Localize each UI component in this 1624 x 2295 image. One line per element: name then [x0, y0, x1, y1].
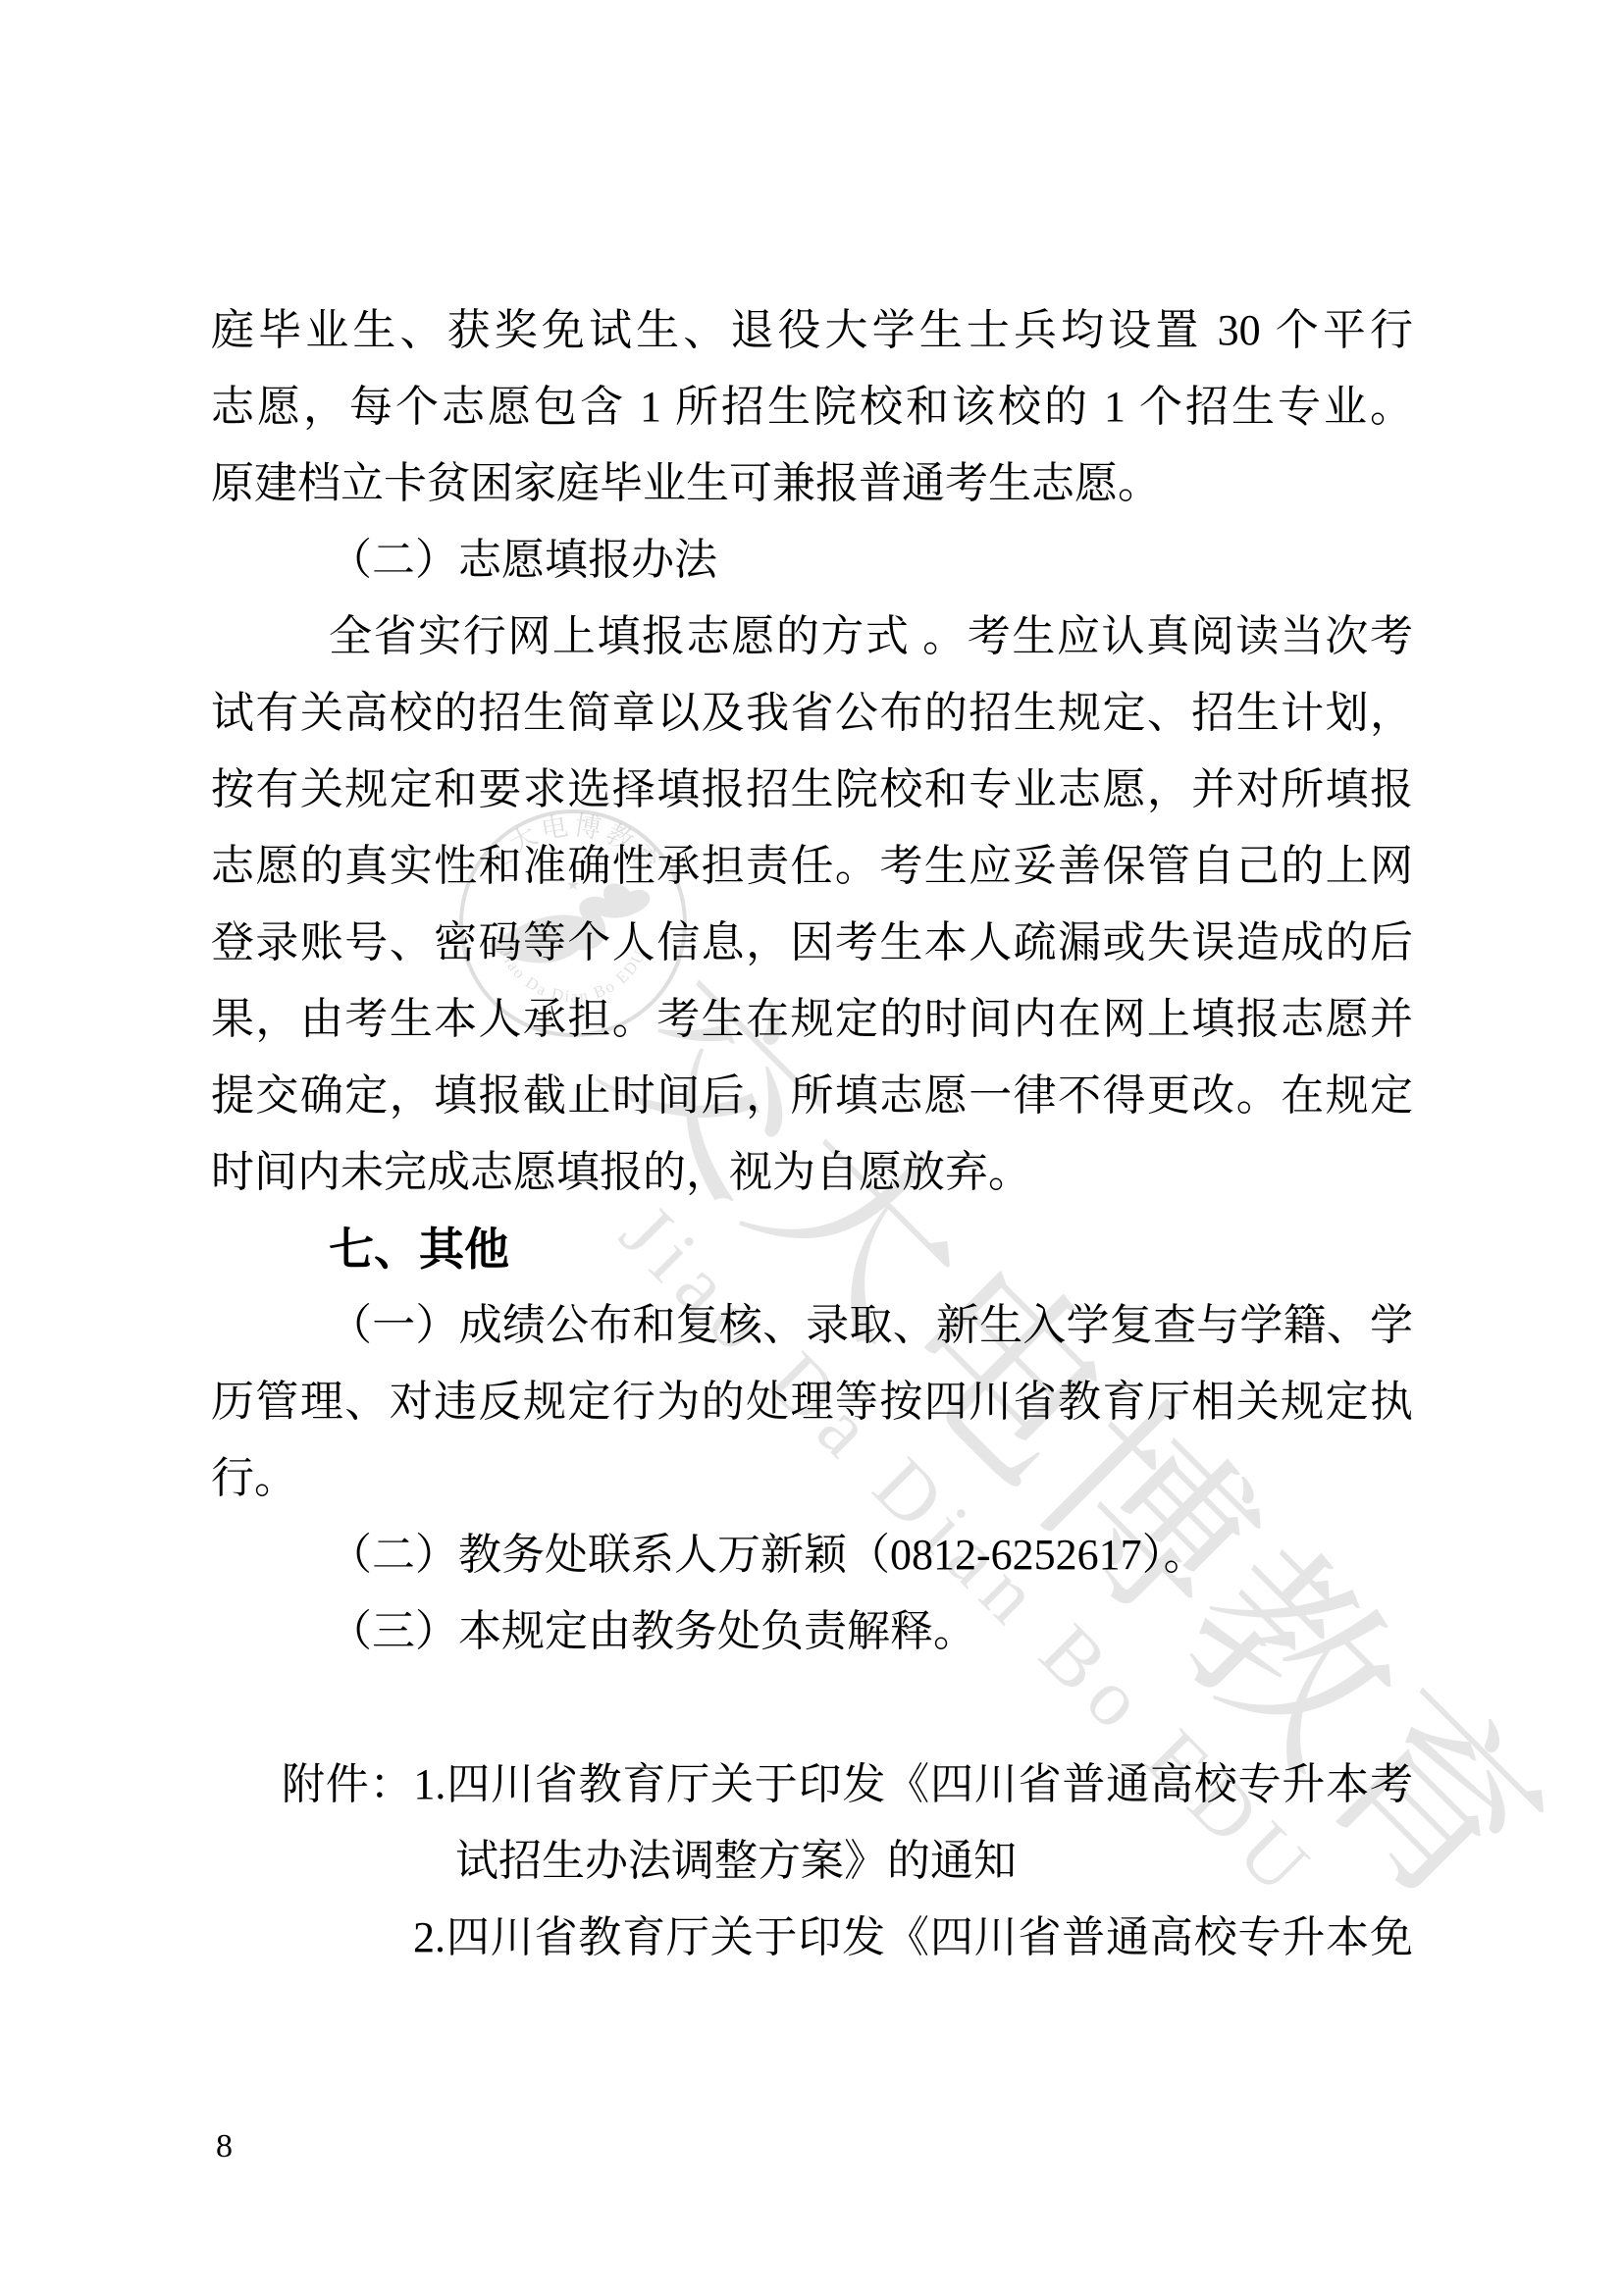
page-number: 8	[216, 2127, 233, 2166]
section-heading: 七、其他	[211, 1211, 1413, 1287]
document-body: 庭毕业生、获奖免试生、退役大学生士兵均设置 30 个平行 志愿，每个志愿包含 1…	[211, 292, 1413, 1976]
text-line: （一）成绩公布和复核、录取、新生入学复查与学籍、学	[211, 1287, 1413, 1364]
text-line: 志愿，每个志愿包含 1 所招生院校和该校的 1 个招生专业。	[211, 369, 1413, 445]
text-line: （二）教务处联系人万新颖（0812-6252617）。	[211, 1517, 1413, 1593]
text-line: 试有关高校的招生简章以及我省公布的招生规定、招生计划，	[211, 675, 1413, 752]
text-line: 行。	[211, 1440, 1413, 1517]
text-line: 提交确定，填报截止时间后，所填志愿一律不得更改。在规定	[211, 1058, 1413, 1134]
text-line: 按有关规定和要求选择填报招生院校和专业志愿，并对所填报	[211, 752, 1413, 828]
attachment-line: 试招生办法调整方案》的通知	[211, 1823, 1413, 1900]
text-line: 历管理、对违反规定行为的处理等按四川省教育厅相关规定执	[211, 1364, 1413, 1440]
attachment-line: 附件：1.四川省教育厅关于印发《四川省普通高校专升本考	[211, 1747, 1413, 1823]
text-line: （三）本规定由教务处负责解释。	[211, 1593, 1413, 1670]
attachment-line: 2.四川省教育厅关于印发《四川省普通高校专升本免	[211, 1900, 1413, 1976]
text-line: 登录账号、密码等个人信息，因考生本人疏漏或失误造成的后	[211, 905, 1413, 981]
text-line: 果，由考生本人承担。考生在规定的时间内在网上填报志愿并	[211, 981, 1413, 1058]
text-line: 全省实行网上填报志愿的方式 。考生应认真阅读当次考	[211, 599, 1413, 675]
section-heading: （二）志愿填报办法	[211, 522, 1413, 599]
text-line: 时间内未完成志愿填报的，视为自愿放弃。	[211, 1134, 1413, 1211]
text-line: 庭毕业生、获奖免试生、退役大学生士兵均设置 30 个平行	[211, 292, 1413, 369]
blank-line	[211, 1670, 1413, 1747]
document-page: { "document": { "page_number": "8", "lin…	[0, 0, 1624, 2295]
text-line: 志愿的真实性和准确性承担责任。考生应妥善保管自己的上网	[211, 828, 1413, 905]
text-line: 原建档立卡贫困家庭毕业生可兼报普通考生志愿。	[211, 445, 1413, 522]
